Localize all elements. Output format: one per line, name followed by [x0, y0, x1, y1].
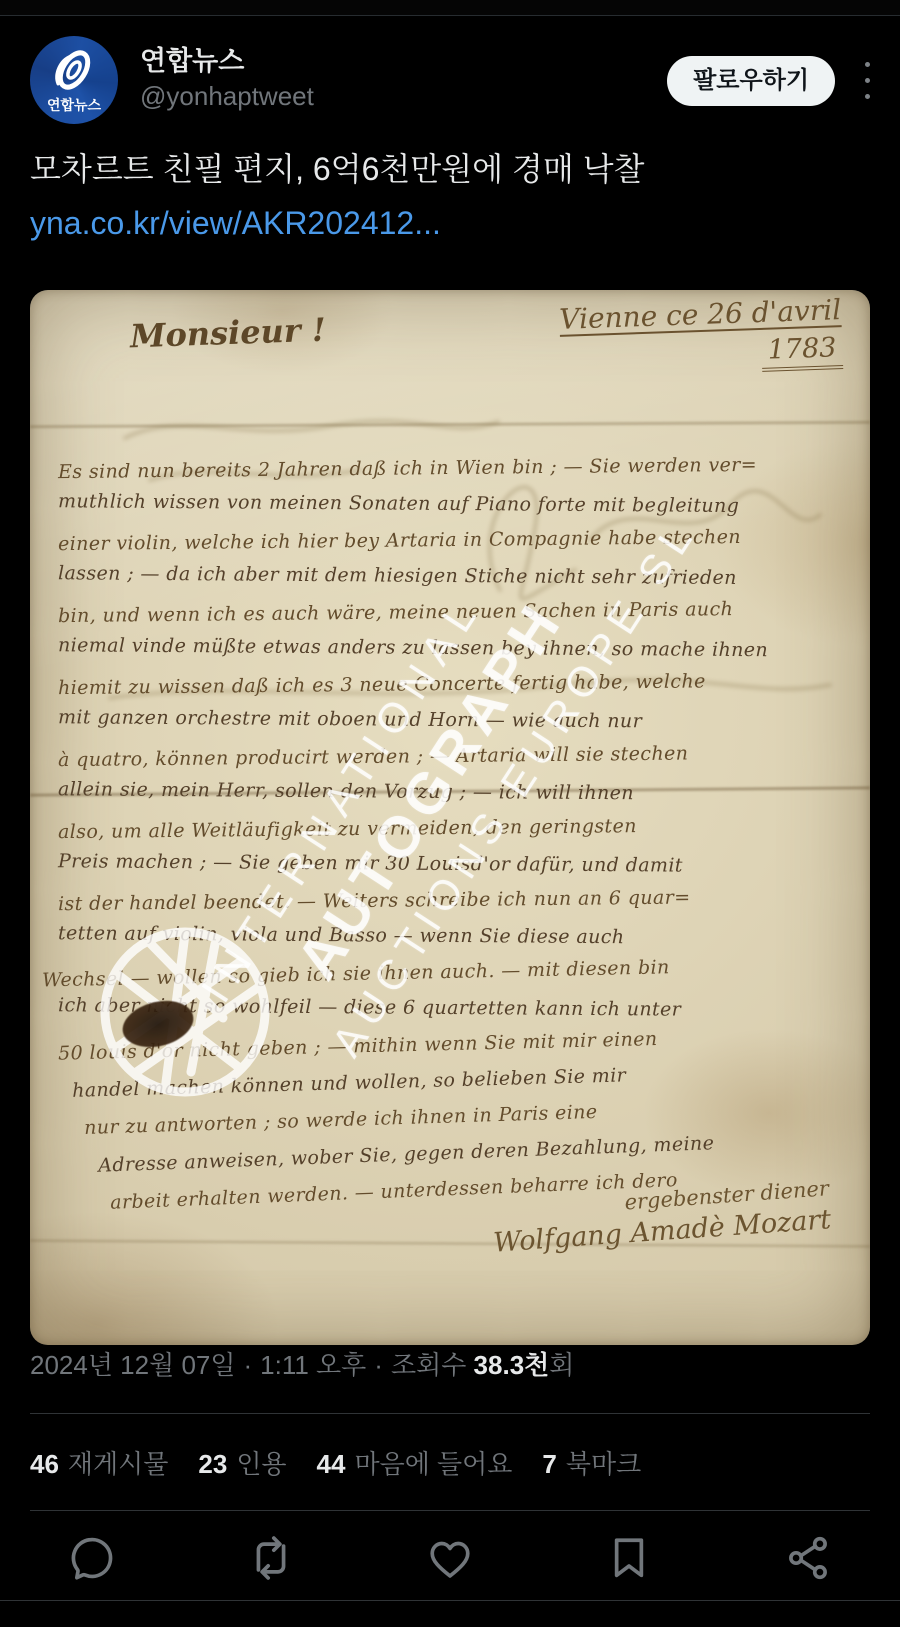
- header-right: 팔로우하기: [667, 36, 870, 106]
- avatar-logo-text: 연합뉴스: [30, 95, 118, 115]
- author-name[interactable]: 연합뉴스: [140, 44, 314, 78]
- reply-button[interactable]: [64, 1528, 120, 1588]
- stat-quotes[interactable]: 23인용: [198, 1446, 286, 1482]
- tweet-meta: 2024년 12월 07일·1:11 오후·조회수 38.3천회: [30, 1348, 870, 1382]
- tweet-date: 2024년 12월 07일: [30, 1350, 235, 1380]
- stat-likes[interactable]: 44마음에 들어요: [317, 1446, 513, 1482]
- letter-date: Vienne ce 26 d'avril 1783: [559, 293, 843, 379]
- like-button[interactable]: [422, 1528, 478, 1588]
- bookmark-button[interactable]: [601, 1528, 657, 1588]
- views-label: 조회수: [391, 1350, 474, 1380]
- tweet-header: 연합뉴스 연합뉴스 @yonhaptweet 팔로우하기: [30, 36, 870, 128]
- views-suffix: 회: [549, 1350, 574, 1380]
- avatar[interactable]: 연합뉴스: [30, 36, 118, 124]
- reply-icon: [66, 1532, 118, 1584]
- tweet-media-letter-image[interactable]: Vienne ce 26 d'avril 1783 Monsieur ! Es …: [30, 290, 870, 1345]
- share-icon: [782, 1532, 834, 1584]
- tweet-detail-screen: 연합뉴스 연합뉴스 @yonhaptweet 팔로우하기 모차르트 친필 편지,…: [0, 0, 900, 1627]
- bottom-divider: [0, 1600, 900, 1601]
- letter-salutation: Monsieur !: [129, 311, 326, 356]
- share-button[interactable]: [780, 1528, 836, 1588]
- repost-button[interactable]: [243, 1528, 299, 1588]
- author-handle[interactable]: @yonhaptweet: [140, 78, 314, 114]
- follow-button[interactable]: 팔로우하기: [667, 56, 835, 106]
- top-status-strip: [0, 0, 900, 16]
- tweet-link[interactable]: yna.co.kr/view/AKR202412...: [30, 202, 441, 244]
- tweet-stats: 46재게시물 23인용 44마음에 들어요 7북마크: [30, 1446, 641, 1482]
- heart-icon: [424, 1532, 476, 1584]
- tweet-body-text: 모차르트 친필 편지, 6억6천만원에 경매 낙찰: [30, 148, 870, 190]
- stat-reposts[interactable]: 46재게시물: [30, 1446, 168, 1482]
- action-bar: [0, 1528, 900, 1588]
- repost-icon: [245, 1532, 297, 1584]
- tweet-time: 1:11 오후: [260, 1350, 366, 1380]
- author-names: 연합뉴스 @yonhaptweet: [140, 36, 314, 114]
- divider: [30, 1413, 870, 1414]
- more-menu-icon[interactable]: [865, 56, 870, 99]
- bookmark-icon: [603, 1532, 655, 1584]
- letter-date-line2: 1783: [761, 332, 843, 372]
- views-count: 38.3천: [474, 1350, 550, 1380]
- stat-bookmarks[interactable]: 7북마크: [542, 1446, 641, 1482]
- divider: [30, 1510, 870, 1511]
